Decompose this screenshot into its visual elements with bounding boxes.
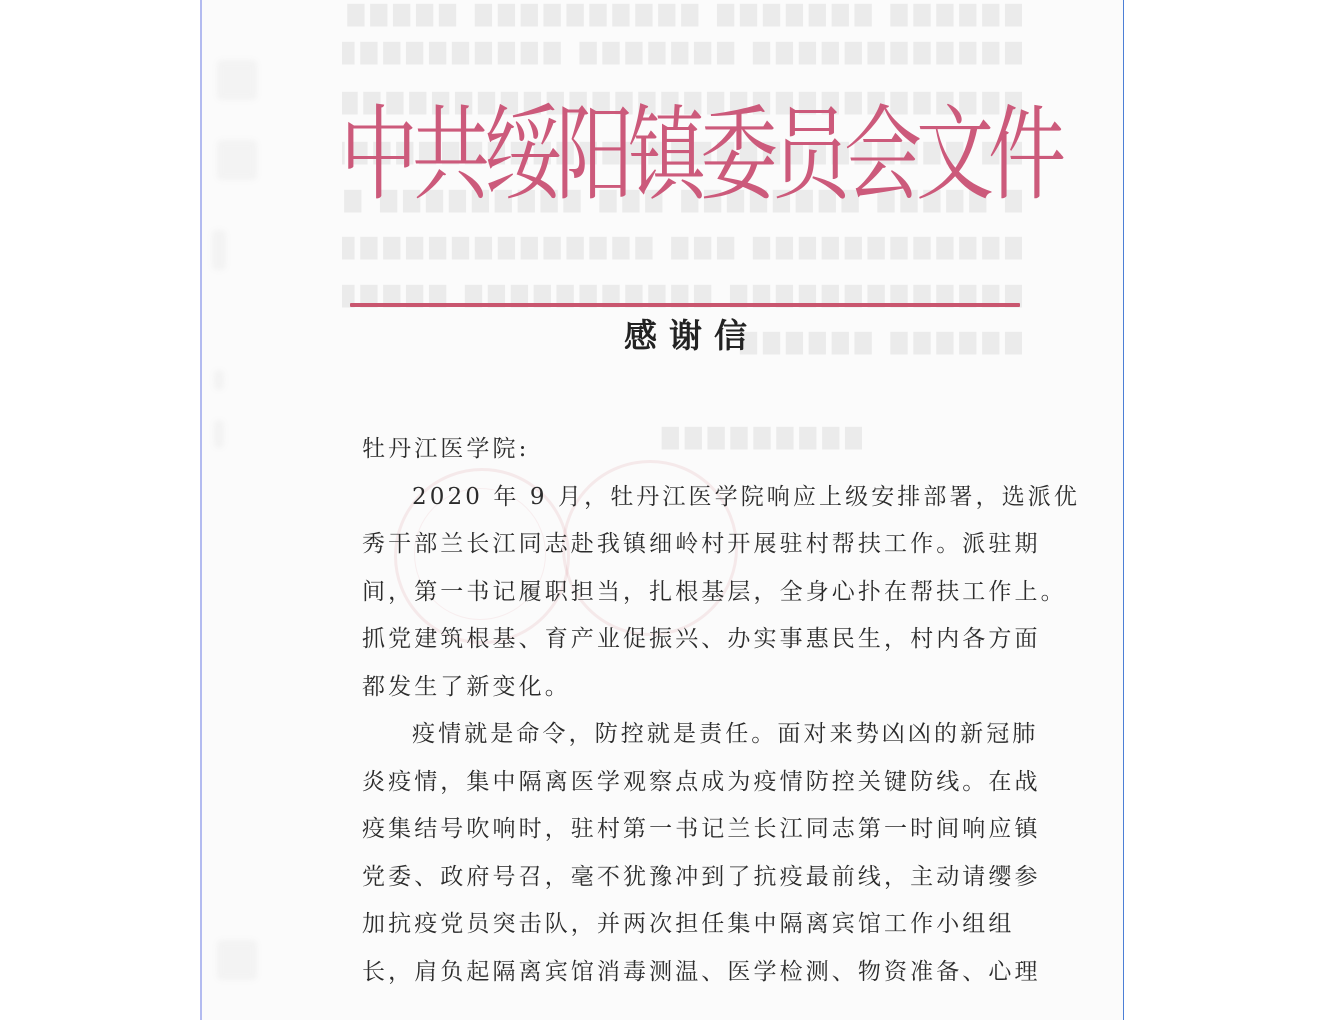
scan-smudge (217, 60, 257, 100)
paragraph-line: 2020 年 9 月，牡丹江医学院响应上级安排部署，选派优 (362, 474, 1026, 522)
show-through-text: ▇▇▇▇▇▇ ▇▇▇▇▇▇▇ ▇▇▇▇▇▇▇▇▇▇ ▇▇▇▇▇▇▇▇ (342, 2, 1022, 27)
scan-smudge (217, 940, 257, 980)
paragraph-line: 疫情就是命令，防控就是责任。面对来势凶凶的新冠肺 (362, 711, 1026, 759)
paragraph-line: 党委、政府号召，毫不犹豫冲到了抗疫最前线，主动请缨参 (362, 854, 1026, 902)
document-page: ▇▇▇▇▇▇ ▇▇▇▇▇▇▇ ▇▇▇▇▇▇▇▇▇▇ ▇▇▇▇▇▇▇▇ ▇▇▇▇▇… (200, 0, 1124, 1020)
scan-smudge (214, 370, 224, 390)
scan-smudge (217, 140, 257, 180)
paragraph-line: 炎疫情，集中隔离医学观察点成为疫情防控关键防线。在战 (362, 759, 1026, 807)
paragraph-line: 间，第一书记履职担当，扎根基层，全身心扑在帮扶工作上。 (362, 569, 1026, 617)
salutation: 牡丹江医学院: (362, 426, 1026, 474)
show-through-text: ▇▇▇▇▇▇▇▇▇▇▇▇ ▇▇▇▇▇▇▇ ▇▇▇▇▇▇▇▇▇▇▇ (342, 40, 1022, 65)
document-header-title: 中共绥阳镇委员会文件 (340, 78, 1040, 234)
letter-body: 牡丹江医学院: 2020 年 9 月，牡丹江医学院响应上级安排部署，选派优 秀干… (362, 426, 1026, 996)
letter-subtitle: 感谢信 (202, 312, 1123, 360)
paragraph-line: 加抗疫党员突击队，并两次担任集中隔离宾馆工作小组组 (362, 901, 1026, 949)
scan-smudge (214, 420, 224, 448)
scan-smudge (212, 230, 226, 270)
paragraph-line: 秀干部兰长江同志赴我镇细岭村开展驻村帮扶工作。派驻期 (362, 521, 1026, 569)
header-red-rule (350, 303, 1020, 307)
show-through-text: ▇▇▇▇▇▇▇▇▇▇▇▇ ▇▇▇ ▇▇▇▇▇▇▇▇▇▇▇▇▇▇ (342, 235, 1022, 260)
paragraph-line: 疫集结号吹响时，驻村第一书记兰长江同志第一时间响应镇 (362, 806, 1026, 854)
paragraph-line: 长，肩负起隔离宾馆消毒测温、医学检测、物资准备、心理 (362, 949, 1026, 997)
paragraph-line: 都发生了新变化。 (362, 664, 1026, 712)
paragraph-line: 抓党建筑根基、育产业促振兴、办实事惠民生，村内各方面 (362, 616, 1026, 664)
